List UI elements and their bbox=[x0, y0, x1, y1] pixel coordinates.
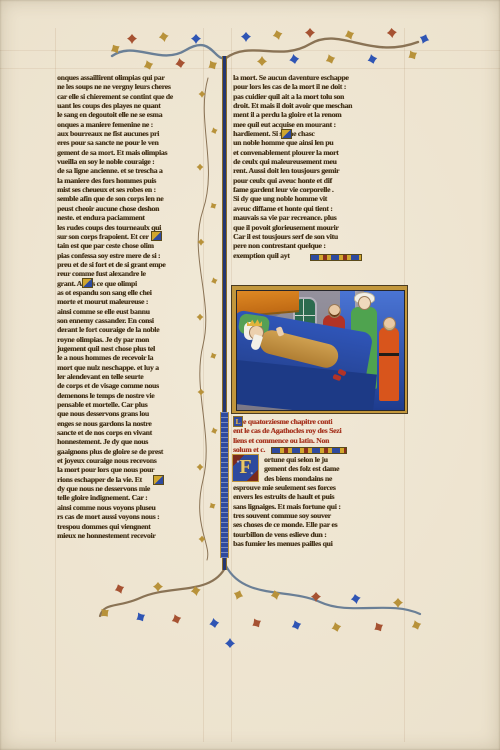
vine-stem bbox=[112, 45, 226, 58]
text-line: as ot espandu son sang elle chei bbox=[57, 288, 207, 297]
text-line: de ceulx qui maleureusement meu bbox=[233, 157, 405, 166]
text-line: uant les coups des playes ne quant bbox=[57, 101, 207, 110]
text-line: mauvais sa vie par recreance. plus bbox=[233, 213, 405, 222]
text-line: aux bourreaux ne fist aucunes pri bbox=[57, 129, 207, 138]
text-line: neste. et endura paciamment bbox=[57, 213, 207, 222]
text-line: trespou dommes qui viengnent bbox=[57, 522, 207, 531]
vine-stem bbox=[226, 39, 418, 58]
text-line: rent. Aussi doit len tousjours gemir bbox=[233, 166, 405, 175]
vine-stem bbox=[226, 566, 420, 614]
attendant-orange-figure bbox=[379, 327, 399, 401]
text-line: que nous desservons grans lou bbox=[57, 409, 207, 418]
text-line: sancte et de nos corps en vivant bbox=[57, 428, 207, 437]
text-line: dy que nous ne desservons mie bbox=[57, 484, 207, 493]
belt bbox=[379, 353, 399, 356]
text-line: liens et commence ou latin. Non bbox=[233, 436, 405, 445]
text-line: Si dy que ung noble homme vit bbox=[233, 194, 405, 203]
text-line: ent le cas de Agathocles roy des Sezi bbox=[233, 426, 405, 435]
text-line: que il povoit glorieusement mourir bbox=[233, 223, 405, 232]
text-line: Le quatorziesme chapitre conti bbox=[233, 417, 405, 426]
text-line: tain est que par ceste chose olim bbox=[57, 241, 207, 250]
lady-green-head bbox=[358, 296, 371, 310]
text-line: droit. Et mais il doit avoir que meschan bbox=[233, 101, 405, 110]
text-line: royne olimpias. Je dy par mon bbox=[57, 335, 207, 344]
text-column-right-lower: ortune qui selon le jugement des folz es… bbox=[233, 455, 405, 548]
text-line: onques a maniere femenine ne : bbox=[57, 120, 207, 129]
text-line: peust cheoir aucune chose deshon bbox=[57, 204, 207, 213]
text-line: sans lignaiges. Et mais fortune qui : bbox=[233, 502, 405, 511]
text-line: de sa ligne ancienne. et se trescha a bbox=[57, 166, 207, 175]
paraph-mark-icon bbox=[153, 475, 164, 485]
text-line: pour lors les cas de la mort il ne doit … bbox=[233, 82, 405, 91]
miniature bbox=[231, 285, 408, 414]
manuscript-page: onques assaillirent olimpias qui parne l… bbox=[0, 0, 500, 750]
text-line: car elle si chierement se contint que de bbox=[57, 92, 207, 101]
text-line: gement des folz est dame bbox=[233, 464, 405, 473]
text-line: mist ses cheueux et ses robes en : bbox=[57, 185, 207, 194]
text-line: honnestement. Je dy que nous bbox=[57, 437, 207, 446]
text-line: pere non contrestant quelque : bbox=[233, 241, 405, 250]
text-column-right-upper: la mort. Se aucun daventure eschappepour… bbox=[233, 73, 405, 260]
text-column-left: onques assaillirent olimpias qui parne l… bbox=[57, 73, 207, 540]
text-line: son ennemy cassander. En consi bbox=[57, 316, 207, 325]
text-line: et joyeux couraige nous recevons bbox=[57, 456, 207, 465]
text-line: mort que nulz neschappe. et luy a bbox=[57, 363, 207, 372]
text-line: sur son corps frapoient. Et cer bbox=[57, 232, 207, 241]
text-line: vueilla en soy le noble couraige : bbox=[57, 157, 207, 166]
text-line: un noble homme que ainsi len pu bbox=[233, 138, 405, 147]
text-line: ortune qui selon le ju bbox=[233, 455, 405, 464]
text-line: pas cuidier quil ait a la mort tolu son bbox=[233, 92, 405, 101]
text-line: tres souvent commue soy souver bbox=[233, 511, 405, 520]
paraph-mark-icon bbox=[281, 129, 292, 139]
text-line: grant. Apres ce que olimpi bbox=[57, 279, 207, 288]
text-line: enges se nous gardons la nostre bbox=[57, 419, 207, 428]
text-line: ainsi comme nous voyons pluseu bbox=[57, 503, 207, 512]
text-line: mieux ne honnestement recevoir bbox=[57, 531, 207, 540]
text-line: ment il a perdu la gloire et la renom bbox=[233, 110, 405, 119]
text-line: Car il est tousjours serf de son vitu bbox=[233, 232, 405, 241]
text-line: ses choses de ce monde. Elle par es bbox=[233, 520, 405, 529]
text-line: reur comme fust alexandre le bbox=[57, 269, 207, 278]
text-line: hardiement. Si sache chasc bbox=[233, 129, 405, 138]
text-line: envers les estruits de hault et puis bbox=[233, 492, 405, 501]
text-line: aveuc diffame et honte qui tient : bbox=[233, 204, 405, 213]
text-line: esprouve mie seulement ses forces bbox=[233, 483, 405, 492]
text-line: la mort. Se aucun daventure eschappe bbox=[233, 73, 405, 82]
text-line: onques assaillirent olimpias qui par bbox=[57, 73, 207, 82]
text-line: tourbillon de vens eslieve dun : bbox=[233, 530, 405, 539]
attendant-red-head bbox=[328, 304, 341, 318]
text-line: pensable et mortelle. Car plus bbox=[57, 400, 207, 409]
text-line: preu et de si fort et de si grant empe bbox=[57, 260, 207, 269]
text-line: demenons le temps de nostre vie bbox=[57, 391, 207, 400]
text-line: eres pour sa sancte ne pour le ven bbox=[57, 138, 207, 147]
text-line: telle gloire indignement. Car : bbox=[57, 493, 207, 502]
line-filler-icon bbox=[310, 254, 362, 261]
text-line: rions eschapper de la vie. Et bbox=[57, 475, 207, 484]
miniature-scene bbox=[236, 290, 405, 411]
text-line: derant le fort couraige de la noble bbox=[57, 325, 207, 334]
text-line: mee quil eut acquise en mourant : bbox=[233, 120, 405, 129]
text-line: et convenablement plourer la mort bbox=[233, 148, 405, 157]
text-line: morte et mourut maleureuse : bbox=[57, 297, 207, 306]
text-line: le a nous hommes de recevoir la bbox=[57, 353, 207, 362]
text-line: le sang en degoutoit elle ne se esma bbox=[57, 110, 207, 119]
text-line: pias confessa soy estre mere de si : bbox=[57, 251, 207, 260]
text-line: les rudes coups des tourneaulx qui bbox=[57, 223, 207, 232]
text-line: des biens mondains ne bbox=[233, 474, 405, 483]
text-line: ne les soups ne ne vergny leurs cheres bbox=[57, 82, 207, 91]
attendant-orange-head bbox=[383, 317, 396, 331]
text-line: la mort pour lors que nous pour bbox=[57, 465, 207, 474]
text-line: gement de sa mort. Et mais olimpias bbox=[57, 148, 207, 157]
text-line: gaaignons plus de gloire se de prest bbox=[57, 447, 207, 456]
paraph-mark-icon bbox=[82, 278, 93, 288]
paraph-mark-icon bbox=[151, 231, 162, 241]
text-line: pour ceulx qui aveuc honte et dif bbox=[233, 176, 405, 185]
text-line: la maniere des fors hommes puis bbox=[57, 176, 207, 185]
border-bar-decorated bbox=[220, 412, 229, 558]
text-line: ler alendevant en telle seurte bbox=[57, 372, 207, 381]
line-filler-icon bbox=[271, 447, 347, 454]
text-line: ainsi comme se elle eust bannu bbox=[57, 307, 207, 316]
text-line: semble afin que de son corps len ne bbox=[57, 194, 207, 203]
text-line: rs cas de mort aussi voyons nous : bbox=[57, 512, 207, 521]
text-line: bas fumier les menues pailles qui bbox=[233, 539, 405, 548]
text-line: jugement quil nest chose plus tel bbox=[57, 344, 207, 353]
text-line: de corps et de visage comme nous bbox=[57, 381, 207, 390]
text-line: fame gardent leur vie corporelle . bbox=[233, 185, 405, 194]
